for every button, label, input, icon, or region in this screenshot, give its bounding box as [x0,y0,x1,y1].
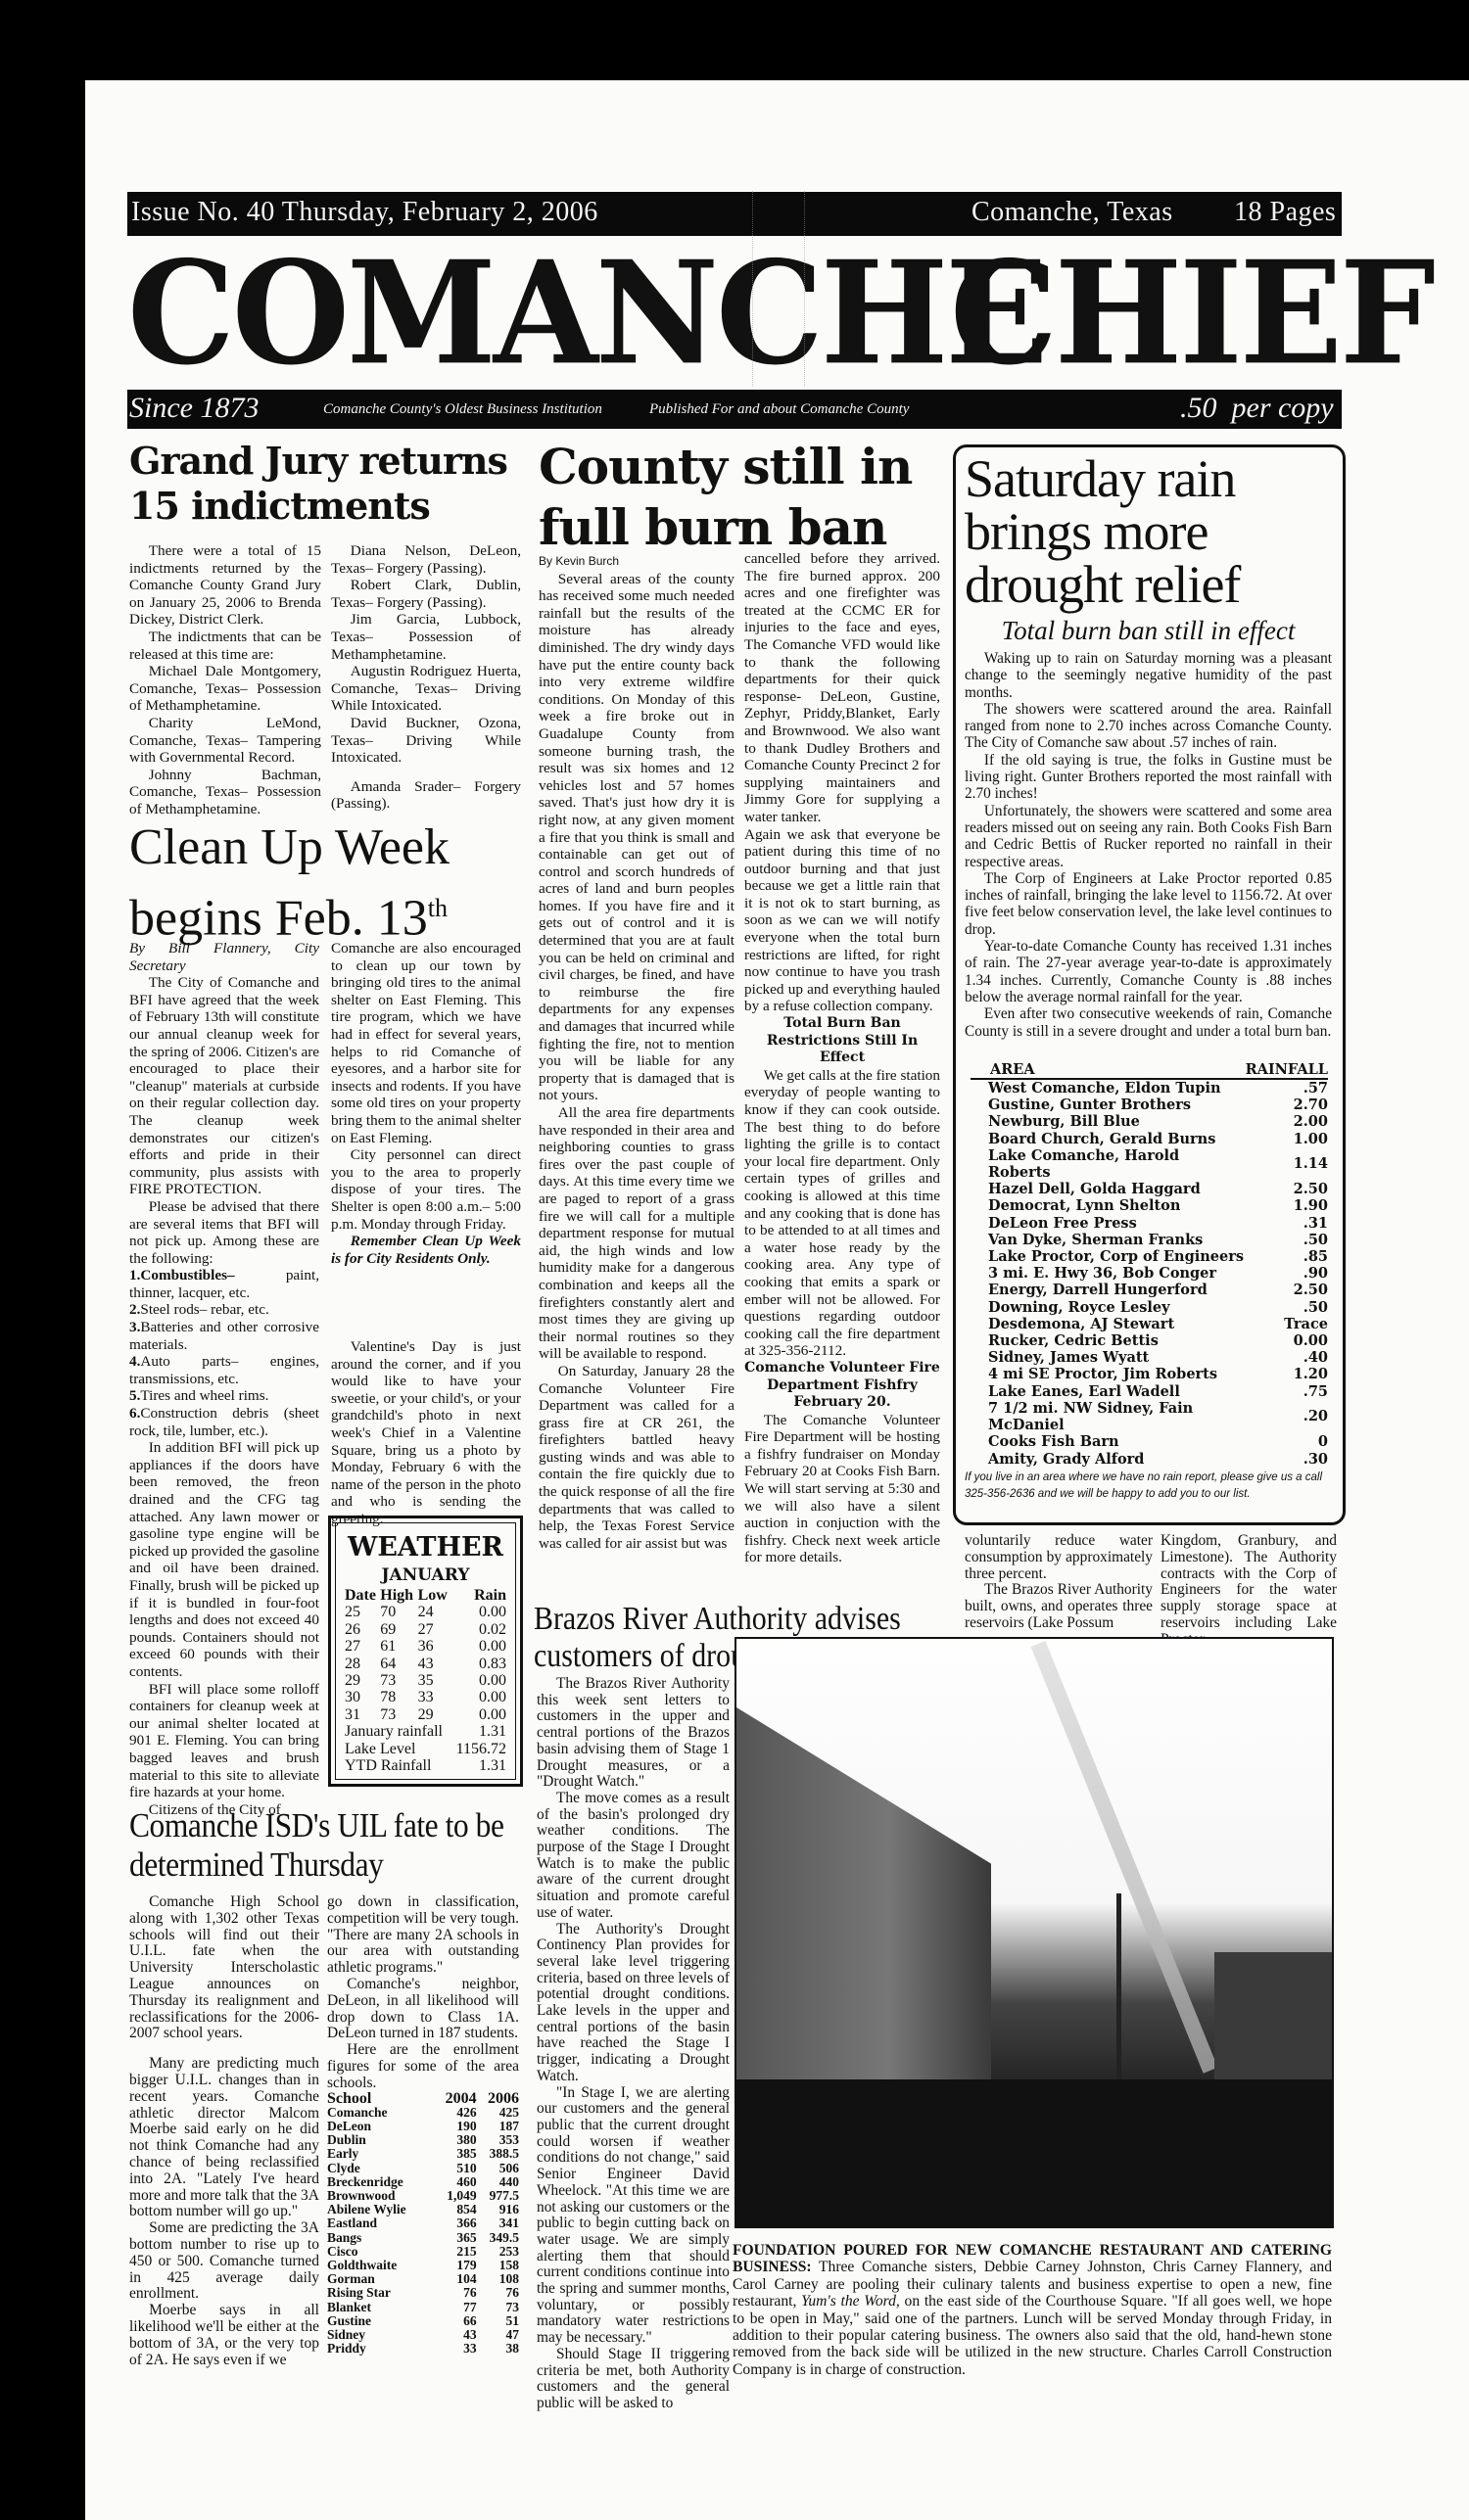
enrollment-row: Eastland366341 [327,2217,519,2230]
rainfall-row: Amity, Grady Alford.30 [971,1451,1328,1468]
page-count: 18 Pages [1234,197,1336,228]
construction-photo [734,1637,1334,2228]
weather-row: 2669270.02 [345,1621,506,1638]
rainfall-row: Downing, Royce Lesley.50 [971,1299,1328,1316]
valentine-notice: Valentine's Day is just around the corne… [331,1338,521,1528]
rainfall-row: Lake Proctor, Corp of Engineers.85 [971,1248,1328,1265]
enrollment-row: Gustine6651 [327,2314,519,2328]
weather-row: 3078330.00 [345,1689,506,1705]
rainfall-table: AREARAINFALL West Comanche, Eldon Tupin.… [971,1061,1328,1468]
enrollment-row: Gorman104108 [327,2272,519,2286]
title-comanche: COMANCHE [127,236,1045,391]
burn-ban-col2: cancelled before they arrived. The fire … [744,550,940,1566]
rainfall-row: Sidney, James Wyatt.40 [971,1349,1328,1366]
since-year: Since 1873 [129,392,259,425]
enrollment-row: Clyde510506 [327,2162,519,2175]
grand-jury-col1: There were a total of 15 indictments ret… [129,542,321,818]
rainfall-row: Gustine, Gunter Brothers2.70 [971,1097,1328,1113]
brazos-col2: voluntarily reduce water consumption by … [965,1533,1153,1632]
fishfry-subhead: Comanche Volunteer Fire Department Fishf… [744,1360,940,1412]
rainfall-header-row: AREARAINFALL [971,1061,1328,1079]
title-chief: CHIEF [950,236,1433,391]
photo-caption: FOUNDATION POURED FOR NEW COMANCHE RESTA… [733,2242,1332,2378]
burn-ban-byline: By Kevin Burch [539,553,734,571]
brazos-col1: The Brazos River Authority this week sen… [537,1676,730,2412]
rainfall-footnote: If you live in an area where we have no … [965,1470,1332,1503]
rain-headline: Saturday rain brings more drought relief [965,452,1332,611]
rainfall-row: Board Church, Gerald Burns1.00 [971,1131,1328,1147]
weather-month: JANUARY [345,1563,506,1587]
location: Comanche, Texas [971,197,1173,228]
enrollment-row: Sidney4347 [327,2328,519,2342]
rainfall-row: Rucker, Cedric Bettis0.00 [971,1332,1328,1349]
rainfall-row: Hazel Dell, Golda Haggard2.50 [971,1181,1328,1197]
issue-line: Issue No. 40 Thursday, February 2, 2006 [131,197,598,228]
grand-jury-article: Grand Jury returns 15 indictments There … [129,439,521,529]
rainfall-row: Desdemona, AJ StewartTrace [971,1316,1328,1332]
brick-building [736,1707,991,2119]
rain-body: Waking up to rain on Saturday morning wa… [965,650,1332,1040]
pump-boom [1031,1641,1218,2074]
uil-col2: go down in classification, competition w… [327,1894,519,2356]
cleanup-reminder: Remember Clean Up Week is for City Resid… [331,1233,521,1267]
weather-row: 3173290.00 [345,1706,506,1723]
rainfall-row: 7 1/2 mi. NW Sidney, Fain McDaniel.20 [971,1400,1328,1433]
grand-jury-headline: Grand Jury returns 15 indictments [129,439,521,529]
tagline-published: Published For and about Comanche County [649,401,909,418]
burn-ban-article: County still in full burn ban [539,437,950,558]
enrollment-table: School20042006 Comanche426425 DeLeon1901… [327,2092,519,2357]
enrollment-row: Brownwood1,049977.5 [327,2189,519,2203]
enrollment-row: Comanche426425 [327,2106,519,2120]
rainfall-row: West Comanche, Eldon Tupin.57 [971,1079,1328,1097]
rain-subheadline: Total burn ban still in effect [965,615,1332,646]
cleanup-article: Clean Up Week begins Feb. 13th [129,817,521,949]
enrollment-row: Priddy3338 [327,2342,519,2356]
burn-ban-headline: County still in full burn ban [539,437,950,558]
enrollment-row: Early385388.5 [327,2147,519,2161]
weather-header-row: DateHighLowRain [345,1587,506,1604]
rain-story: Saturday rain brings more drought relief… [965,452,1332,1503]
rainfall-row: 3 mi. E. Hwy 36, Bob Conger.90 [971,1265,1328,1282]
burn-ban-col1: By Kevin Burch Several areas of the coun… [539,553,734,1552]
rainfall-row: Lake Comanche, Harold Roberts1.14 [971,1147,1328,1181]
brazos-col3: Kingdom, Granbury, and Limestone). The A… [1161,1533,1337,1649]
weather-row: 2973350.00 [345,1672,506,1689]
weather-summary-row: YTD Rainfall1.31 [345,1757,506,1774]
rainfall-row: Cooks Fish Barn0 [971,1433,1328,1450]
cleanup-exclusions-list: 1.Combustibles– paint, thinner, lacquer,… [129,1267,319,1439]
enrollment-header-row: School20042006 [327,2092,519,2106]
weather-table: DateHighLowRain 2570240.00 2669270.02 27… [345,1587,506,1774]
newspaper-title: COMANCHE CHIEF [127,236,1351,391]
enrollment-row: Cisco215253 [327,2245,519,2259]
rainfall-row: Energy, Darrell Hungerford2.50 [971,1282,1328,1298]
price: .50 per copy [1180,392,1334,425]
cleanup-headline: Clean Up Week begins Feb. 13th [129,817,521,949]
cleanup-col1: By Bill Flannery, City Secretary The Cit… [129,940,319,1818]
uil-headline: Comanche ISD's UIL fate to be determined… [129,1806,517,1885]
cleanup-byline: By Bill Flannery, City Secretary [129,940,319,974]
weather-row: 2864430.83 [345,1656,506,1672]
burn-ban-subhead: Total Burn Ban Restrictions Still In Eff… [744,1015,940,1067]
enrollment-table-wrap: School20042006 Comanche426425 DeLeon1901… [327,2092,519,2357]
utility-pole [1116,1893,1121,2089]
rainfall-row: Van Dyke, Sherman Franks.50 [971,1232,1328,1248]
foundation-ground [736,2079,1332,2226]
uil-col1: Comanche High School along with 1,302 ot… [129,1894,319,2368]
weather-summary-row: Lake Level1156.72 [345,1741,506,1757]
weather-row: 2761360.00 [345,1638,506,1655]
rainfall-table-wrap: AREARAINFALL West Comanche, Eldon Tupin.… [965,1061,1332,1468]
enrollment-row: Dublin380353 [327,2133,519,2147]
cleanup-col2: Comanche are also encouraged to clean up… [331,940,521,1267]
rainfall-row: Newburg, Bill Blue2.00 [971,1113,1328,1130]
weather-box: WEATHER JANUARY DateHighLowRain 2570240.… [328,1516,523,1787]
tagline-oldest: Comanche County's Oldest Business Instit… [323,401,602,418]
enrollment-row: Bangs365349.5 [327,2231,519,2245]
enrollment-row: Breckenridge460440 [327,2175,519,2189]
weather-title: WEATHER [345,1532,506,1563]
rainfall-row: Lake Eanes, Earl Wadell.75 [971,1383,1328,1400]
rainfall-row: Democrat, Lynn Shelton1.90 [971,1197,1328,1214]
rainfall-row: DeLeon Free Press.31 [971,1215,1328,1232]
enrollment-row: DeLeon190187 [327,2120,519,2133]
enrollment-row: Goldthwaite179158 [327,2259,519,2272]
rainfall-row: 4 mi SE Proctor, Jim Roberts1.20 [971,1366,1328,1382]
tagline-bar: Since 1873 Comanche County's Oldest Busi… [127,390,1342,429]
chief-statue-icon [752,191,805,387]
weather-row: 2570240.00 [345,1604,506,1620]
enrollment-row: Abilene Wylie854916 [327,2203,519,2217]
grand-jury-col2: Diana Nelson, DeLeon, Texas– Forgery (Pa… [331,542,521,813]
uil-article: Comanche ISD's UIL fate to be determined… [129,1806,521,1885]
weather-summary-row: January rainfall1.31 [345,1723,506,1740]
enrollment-row: Blanket7773 [327,2301,519,2314]
enrollment-row: Rising Star7676 [327,2286,519,2300]
